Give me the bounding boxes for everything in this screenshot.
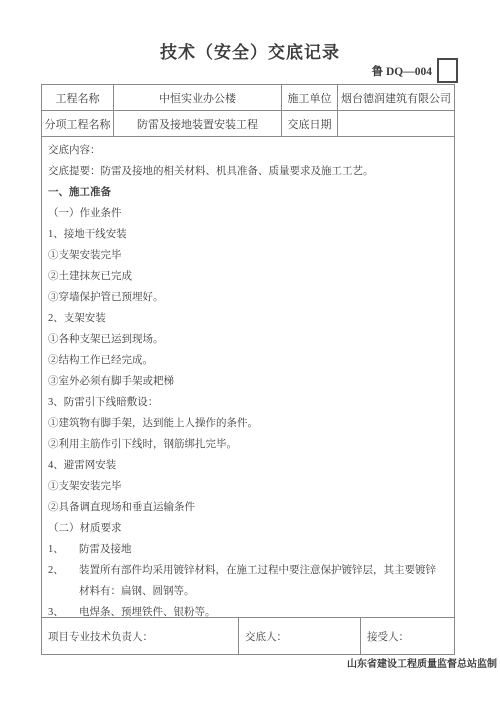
content-line: ②结构工作已经完成。 xyxy=(42,350,454,371)
signature-row: 项目专业技术负责人： 交底人： 接受人： xyxy=(42,618,454,654)
technical-leader-label: 项目专业技术负责人： xyxy=(42,618,239,654)
content-line: ②利用主筋作引下线时，钢筋绑扎完毕。 xyxy=(42,434,454,455)
content-line: 2、支架安装 xyxy=(42,308,454,329)
content-line: 3、电焊条、预埋铁件、银粉等。 xyxy=(42,602,454,618)
receiver-label: 接受人： xyxy=(361,618,454,654)
content-line: ①支架安装完毕 xyxy=(42,245,454,266)
construction-unit-label: 施工单位 xyxy=(282,85,338,111)
content-line: （二）材质要求 xyxy=(42,518,454,539)
footer-note: 山东省建设工程质量监督总站监制 xyxy=(347,655,497,670)
content-line: ③室外必须有脚手架或耙梯 xyxy=(42,371,454,392)
construction-unit-value: 烟台德润建筑有限公司 xyxy=(338,85,454,111)
line-text: 电焊条、预埋铁件、银粉等。 xyxy=(79,602,446,618)
line-number: 3、 xyxy=(48,602,79,618)
line-number: 1、 xyxy=(48,539,79,560)
form-code-box xyxy=(437,58,458,83)
content-line: 交底内容： xyxy=(42,140,454,161)
discloser-label: 交底人： xyxy=(239,618,361,654)
project-name-value: 中恒实业办公楼 xyxy=(114,85,282,111)
content-line: ③穿墙保护管已预埋好。 xyxy=(42,287,454,308)
content-line: 一、施工准备 xyxy=(42,182,454,203)
content-line: 4、避雷网安装 xyxy=(42,455,454,476)
content-line: ①建筑物有脚手架，达到能上人操作的条件。 xyxy=(42,413,454,434)
content-line: （一）作业条件 xyxy=(42,203,454,224)
subproject-name-value: 防雷及接地装置安装工程 xyxy=(114,111,282,137)
content-line: 交底提要：防雷及接地的相关材料、机具准备、质量要求及施工工艺。 xyxy=(42,161,454,182)
content-line: ②土建抹灰已完成 xyxy=(42,266,454,287)
content-line: 1、接地干线安装 xyxy=(42,224,454,245)
line-number: 2、 xyxy=(48,560,79,602)
line-text: 防雷及接地 xyxy=(79,539,446,560)
project-name-label: 工程名称 xyxy=(42,85,114,111)
content-line: 1、防雷及接地 xyxy=(42,539,454,560)
content-line: ①各种支架已运到现场。 xyxy=(42,329,454,350)
disclosure-date-value xyxy=(338,111,454,137)
subproject-name-label: 分项工程名称 xyxy=(42,111,114,137)
content-line: 3、防雷引下线暗敷设： xyxy=(42,392,454,413)
header-table: 工程名称 中恒实业办公楼 施工单位 烟台德润建筑有限公司 分项工程名称 防雷及接… xyxy=(42,85,454,137)
content-area: 交底内容：交底提要：防雷及接地的相关材料、机具准备、质量要求及施工工艺。一、施工… xyxy=(42,137,454,618)
form-code-area: 鲁 DQ—004 xyxy=(372,57,458,84)
record-table: 工程名称 中恒实业办公楼 施工单位 烟台德润建筑有限公司 分项工程名称 防雷及接… xyxy=(41,84,455,655)
content-line: ②具备调直现场和垂直运输条件 xyxy=(42,497,454,518)
content-line: 2、装置所有部件均采用镀锌材料，在施工过程中要注意保护镀锌层，其主要镀锌材料有：… xyxy=(42,560,454,602)
document-page: 技术（安全）交底记录 鲁 DQ—004 工程名称 中恒实业办公楼 施工单位 烟台… xyxy=(0,0,500,707)
content-line: ①支架安装完毕 xyxy=(42,476,454,497)
disclosure-date-label: 交底日期 xyxy=(282,111,338,137)
form-code-label: 鲁 DQ—004 xyxy=(372,63,432,79)
line-text: 装置所有部件均采用镀锌材料，在施工过程中要注意保护镀锌层，其主要镀锌材料有：扁钢… xyxy=(79,560,446,602)
